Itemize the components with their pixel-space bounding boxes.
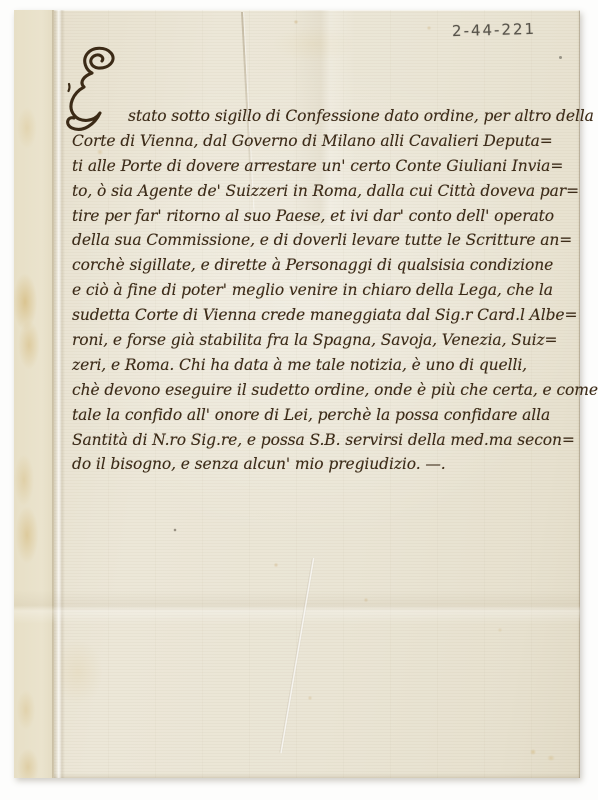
folded-edge-strip [14,10,54,778]
text-line: roni, e forse già stabilita fra la Spagn… [72,328,577,353]
text-line: to, ò sia Agente de' Suizzeri in Roma, d… [72,179,577,204]
pencil-dot [559,56,562,59]
crease-middle [14,590,580,624]
photo-background: 2-44-221 E stato sotto sigillo di Confes… [0,0,598,800]
archive-number: 2-44-221 [452,20,537,40]
manuscript-page: 2-44-221 E stato sotto sigillo di Confes… [14,10,580,778]
text-line: Santità di N.ro Sig.re, e possa S.B. ser… [72,428,577,453]
text-line: tale la confido all' onore di Lei, perch… [72,403,577,428]
text-line: della sua Commissione, e di doverli leva… [72,228,577,253]
text-line: Corte di Vienna, dal Governo di Milano a… [72,129,577,154]
text-line: ti alle Porte di dovere arrestare un' ce… [72,154,577,179]
text-line: zeri, e Roma. Chi ha data à me tale noti… [72,353,577,378]
text-line: tire per far' ritorno al suo Paese, et i… [72,204,577,229]
crease-bottom [279,558,315,754]
text-line: sudetta Corte di Vienna crede maneggiata… [72,303,577,328]
text-line: chè devono eseguire il sudetto ordine, o… [72,378,577,403]
letter-body: stato sotto sigillo di Confessione dato … [72,104,577,477]
text-line: do il bisogno, e senza alcun' mio pregiu… [72,452,577,477]
text-line: e ciò à fine di poter' meglio venire in … [72,278,577,303]
initial-letter: E [60,46,134,134]
text-line: stato sotto sigillo di Confessione dato … [72,104,577,129]
text-line: corchè sigillate, e dirette à Personaggi… [72,253,577,278]
initial-flourish-svg [60,46,134,134]
